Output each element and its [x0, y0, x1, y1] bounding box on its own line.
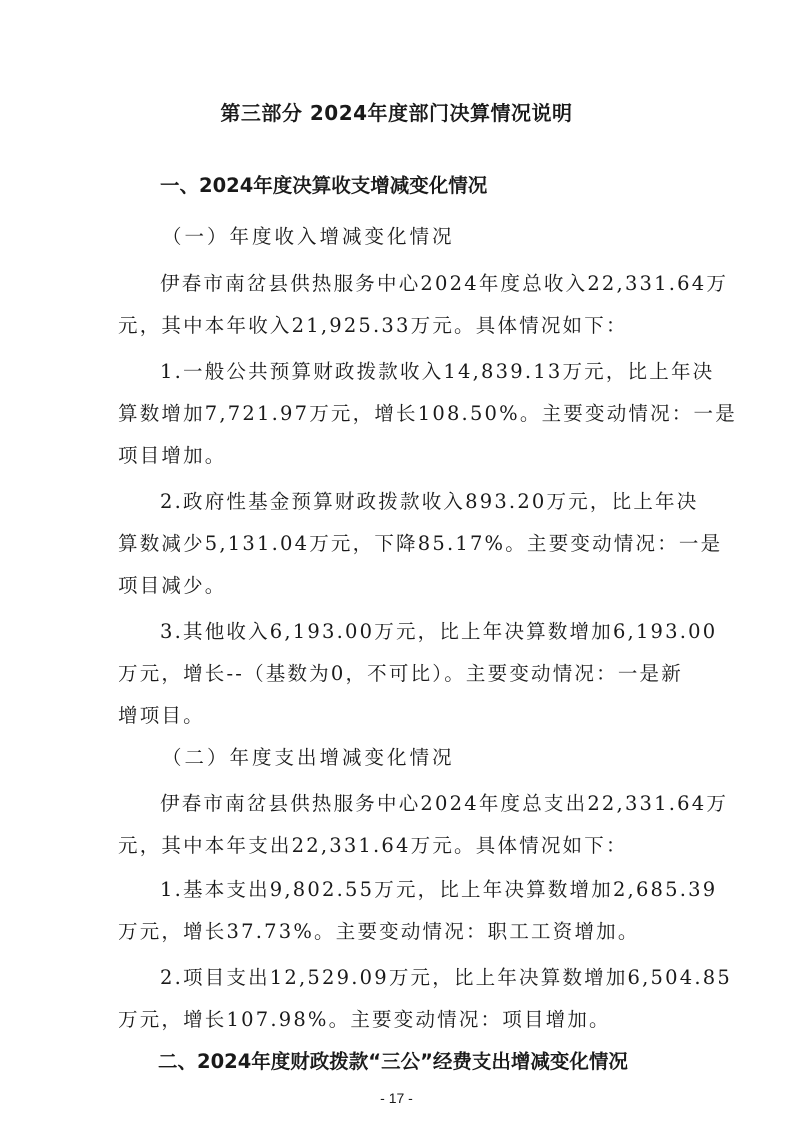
- income-item1-line-3: 项目增加。: [118, 440, 227, 468]
- subsection-heading-income: （一）年度收入增减变化情况: [162, 221, 455, 249]
- income-intro-line-2: 元，其中本年收入21,925.33万元。具体情况如下：: [118, 310, 628, 338]
- income-item3-line-3: 增项目。: [118, 700, 205, 728]
- expense-item1-line-1: 1.基本支出9,802.55万元，比上年决算数增加2,685.39: [160, 874, 717, 902]
- income-item2-line-3: 项目减少。: [118, 570, 227, 598]
- expense-item2-line-2: 万元，增长107.98%。主要变动情况：项目增加。: [118, 1004, 611, 1032]
- income-item2-line-2: 算数减少5,131.04万元，下降85.17%。主要变动情况：一是: [118, 528, 722, 556]
- income-item2-line-1: 2.政府性基金预算财政拨款收入893.20万元，比上年决: [160, 486, 698, 514]
- expense-intro-line-1: 伊春市南岔县供热服务中心2024年度总支出22,331.64万: [160, 788, 728, 816]
- document-page: 第三部分 2024年度部门决算情况说明 一、2024年度决算收支增减变化情况 （…: [0, 0, 793, 1122]
- section-heading-1: 一、2024年度决算收支增减变化情况: [160, 170, 487, 198]
- income-intro-line-1: 伊春市南岔县供热服务中心2024年度总收入22,331.64万: [160, 268, 728, 296]
- page-title: 第三部分 2024年度部门决算情况说明: [0, 97, 793, 126]
- income-item3-line-1: 3.其他收入6,193.00万元，比上年决算数增加6,193.00: [160, 616, 717, 644]
- income-item1-line-2: 算数增加7,721.97万元，增长108.50%。主要变动情况：一是: [118, 398, 737, 426]
- page-number: - 17 -: [0, 1090, 793, 1106]
- subsection-heading-expense: （二）年度支出增减变化情况: [162, 742, 455, 770]
- expense-item2-line-1: 2.项目支出12,529.09万元，比上年决算数增加6,504.85: [160, 962, 732, 990]
- income-item3-line-2: 万元，增长--（基数为0，不可比）。主要变动情况：一是新: [118, 658, 683, 686]
- expense-intro-line-2: 元，其中本年支出22,331.64万元。具体情况如下：: [118, 830, 628, 858]
- section-heading-2: 二、2024年度财政拨款“三公”经费支出增减变化情况: [158, 1046, 628, 1074]
- expense-item1-line-2: 万元，增长37.73%。主要变动情况：职工工资增加。: [118, 916, 640, 944]
- income-item1-line-1: 1.一般公共预算财政拨款收入14,839.13万元，比上年决: [160, 356, 714, 384]
